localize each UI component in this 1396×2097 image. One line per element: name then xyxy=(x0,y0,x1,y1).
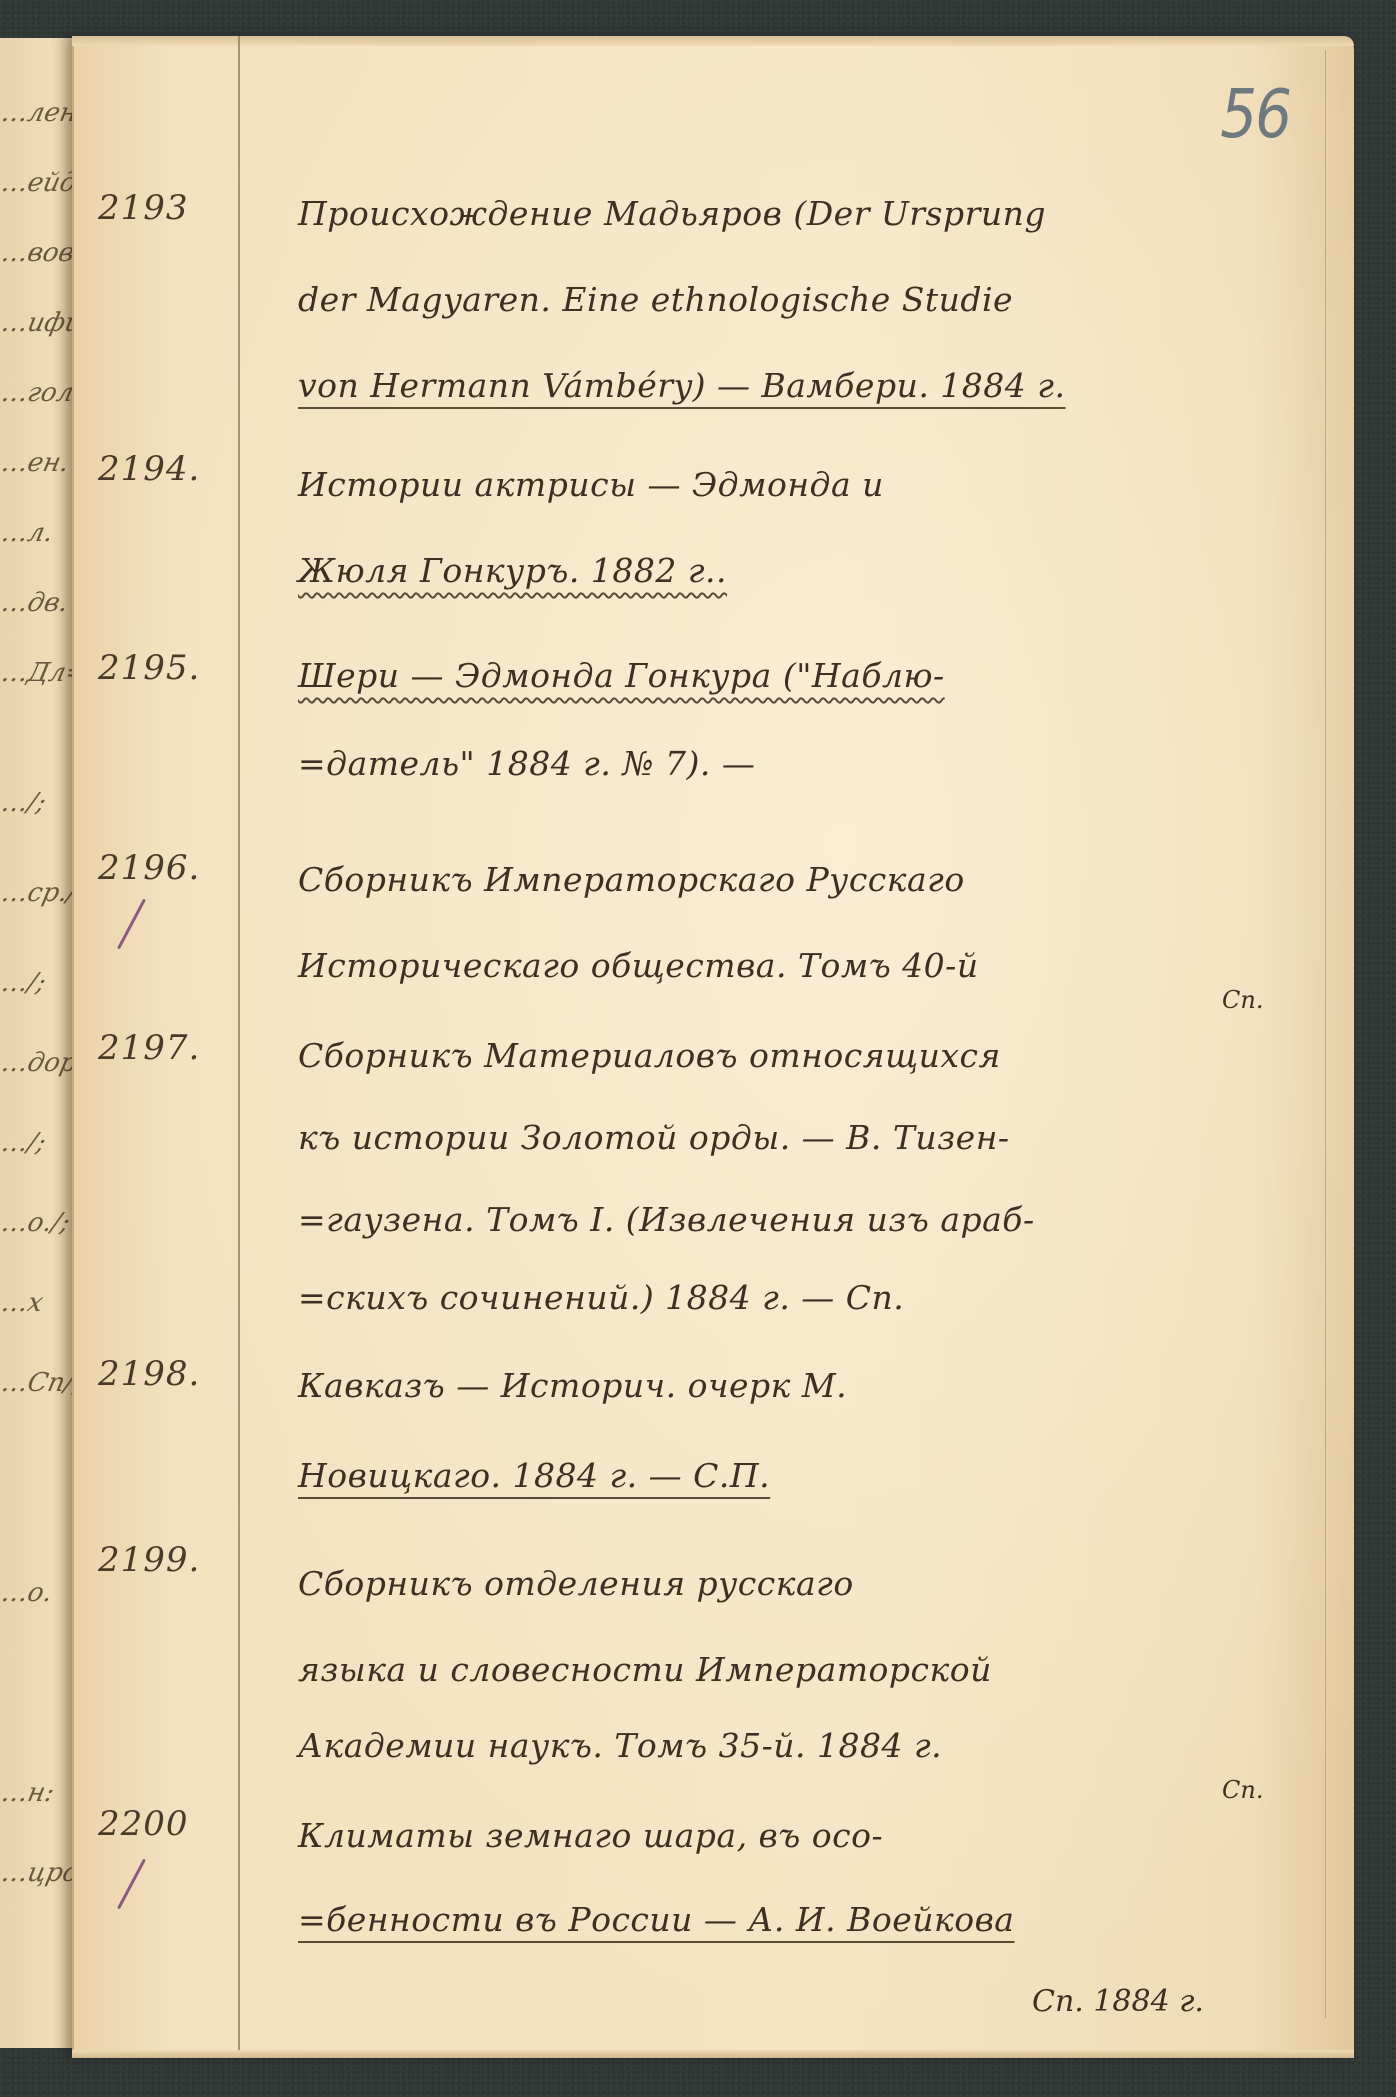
entry-line: Сборникъ отделения русскаго xyxy=(298,1564,854,1603)
entry-line: Сборникъ Материаловъ относящихся xyxy=(298,1036,1001,1075)
fragment-text: …/; xyxy=(0,1128,49,1158)
fragment-text: …/; xyxy=(0,968,49,998)
entry-number: 2198. xyxy=(98,1354,200,1394)
right-rule xyxy=(1325,50,1327,2018)
entry-line: Шери — Эдмонда Гонкура ("Наблю- xyxy=(298,656,945,695)
entry-line: von Hermann Vámbéry) — Вамбери. 1884 г. xyxy=(298,366,1065,405)
fragment-text: …ейдан. xyxy=(0,168,74,198)
fragment-text: …цров- xyxy=(0,1858,74,1888)
page-bottom-edge xyxy=(72,2050,1354,2058)
entry-line: Академии наукъ. Томъ 35-й. 1884 г. xyxy=(298,1726,942,1765)
entry-number: 2197. xyxy=(98,1028,200,1068)
fragment-text: …н: xyxy=(0,1778,57,1808)
entry-number: 2194. xyxy=(98,449,200,489)
fragment-text: …дор/; xyxy=(0,1048,74,1078)
entry-note: Сп. 1884 г. xyxy=(1032,1984,1204,2019)
fragment-text: …ифи. xyxy=(0,308,74,338)
entry-line: Историческаго общества. Томъ 40-й xyxy=(298,946,979,985)
entry-line: =датель" 1884 г. № 7). — xyxy=(298,744,755,783)
entry-number: 2195. xyxy=(98,648,200,688)
fragment-text: …о./; xyxy=(0,1208,73,1238)
fragment-text: …лен: xyxy=(0,98,74,128)
fragment-text: …Дл= xyxy=(0,658,74,688)
entry-line: Кавказъ — Историч. очерк М. xyxy=(298,1366,847,1405)
entry-number: 2193 xyxy=(98,188,189,228)
fragment-text: …Сп/; xyxy=(0,1368,74,1398)
fragment-text: …/; xyxy=(0,788,49,818)
fragment-text: …голова. xyxy=(0,378,74,408)
entry-note: Сп. xyxy=(1222,1776,1263,1804)
fragment-text: …ен. xyxy=(0,448,72,478)
entry-line: der Magyaren. Eine ethnologische Studie xyxy=(298,280,1013,319)
entry-line: =гаузена. Томъ I. (Извлечения изъ араб- xyxy=(298,1200,1035,1239)
entry-number: 2196. xyxy=(98,848,200,888)
fragment-text: …о. xyxy=(0,1578,55,1608)
entry-line: Истории актрисы — Эдмонда и xyxy=(298,465,884,504)
ledger-page: 56 2193 Происхождение Мадьяров (Der Ursp… xyxy=(72,36,1354,2058)
fragment-text: …ср./; xyxy=(0,878,74,908)
check-mark-icon xyxy=(117,899,146,950)
entry-line: Сборникъ Императорскаго Русскаго xyxy=(298,860,965,899)
entry-line: Происхождение Мадьяров (Der Ursprung xyxy=(298,194,1046,233)
entry-number: 2199. xyxy=(98,1540,200,1580)
fragment-text: …дв. xyxy=(0,588,71,618)
fragment-text: …х xyxy=(0,1288,46,1318)
page-top-edge xyxy=(72,36,1354,46)
entry-line: языка и словесности Императорской xyxy=(298,1650,992,1689)
entry-line: къ истории Золотой орды. — В. Тизен- xyxy=(298,1118,1010,1157)
entry-number: 2200 xyxy=(98,1804,189,1844)
fragment-text: …вов xyxy=(0,238,74,268)
previous-page-fragment: …лен: …ейдан. …вов …ифи. …голова. …ен. …… xyxy=(0,38,74,2048)
entry-line: Климаты земнаго шара, въ осо- xyxy=(298,1816,883,1855)
entry-line: Новицкаго. 1884 г. — С.П. xyxy=(298,1456,770,1495)
entry-note: Сп. xyxy=(1222,986,1263,1014)
margin-rule xyxy=(238,36,240,2058)
page-number: 56 xyxy=(1220,75,1290,153)
entry-line: Жюля Гонкуръ. 1882 г.. xyxy=(298,551,727,590)
check-mark-icon xyxy=(117,1859,146,1910)
entry-line: =бенности въ России — А. И. Воейкова xyxy=(298,1900,1014,1939)
fragment-text: …л. xyxy=(0,518,56,548)
entry-line: =скихъ сочинений.) 1884 г. — Сп. xyxy=(298,1278,904,1317)
